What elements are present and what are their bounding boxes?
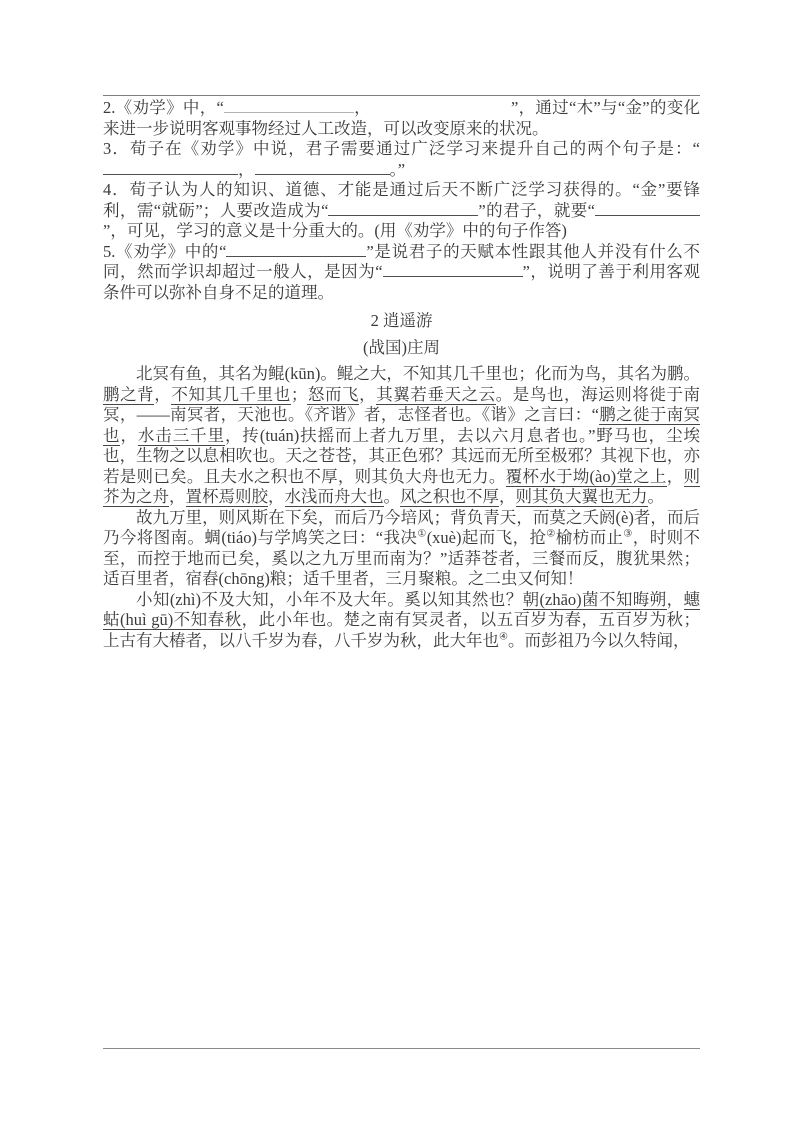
footnote-marker: ④	[499, 631, 508, 642]
underlined-text: 其翼若垂天之云	[376, 385, 496, 405]
underlined-text: 覆杯水于坳(ào)堂之上	[506, 467, 667, 487]
text-segment: 。而彭祖乃今以久特闻，	[508, 631, 690, 650]
cutoff-answer-line	[103, 95, 700, 96]
text-segment: ，	[120, 426, 137, 445]
text-segment: 2.《劝学》中，“	[103, 98, 224, 117]
text-segment: ，	[667, 590, 684, 609]
page-content: 2.《劝学》中，“，”，通过“木”与“金”的变化来进一步说明客观事物经过人工改造…	[103, 95, 700, 651]
underlined-text: 水击三千里	[138, 426, 225, 446]
answer-blank	[595, 202, 700, 216]
text-segment: 。	[384, 487, 401, 506]
answer-gap	[371, 100, 511, 113]
text-paragraph-3: 小知(zhì)不及大知，小年不及大年。奚以知其然也？朝(zhāo)菌不知晦朔，蟪…	[103, 590, 700, 652]
section-author: (战国)庄周	[103, 338, 700, 359]
text-segment: 3．荀子在《劝学》中说，君子需要通过广泛学习来提升自己的两个句子是：“	[103, 139, 700, 158]
text-segment: ”的君子，就要“	[478, 201, 595, 220]
answer-blank	[103, 161, 238, 175]
text-paragraph-1: 北冥有鱼，其名为鲲(kūn)。鲲之大，不知其几千里也；化而为鸟，其名为鹏。鹏之背…	[103, 364, 700, 508]
text-segment: ，	[154, 385, 171, 404]
text-segment: 。	[648, 487, 665, 506]
footer-divider	[103, 1048, 700, 1049]
text-segment: ，	[354, 98, 371, 117]
text-segment: ，	[238, 160, 255, 179]
quiz-item-3: 3．荀子在《劝学》中说，君子需要通过广泛学习来提升自己的两个句子是：“，。”	[103, 139, 700, 180]
footnote-marker: ②	[546, 529, 555, 540]
text-segment: 5.《劝学》中的“	[103, 242, 226, 261]
text-segment: ，	[667, 467, 684, 486]
footnote-marker: ③	[623, 529, 632, 540]
text-segment: ，	[499, 487, 516, 506]
text-segment: 榆枋而止	[556, 528, 624, 547]
underlined-text: 怒而飞	[307, 385, 359, 405]
section-title: 2 逍遥游	[103, 311, 700, 332]
answer-blank	[255, 161, 390, 175]
text-segment: (xuè)起而飞，抢	[427, 528, 547, 547]
quiz-item-2: 2.《劝学》中，“，”，通过“木”与“金”的变化来进一步说明客观事物经过人工改造…	[103, 98, 700, 139]
quiz-item-4: 4．荀子认为人的知识、道德、才能是通过后天不断广泛学习获得的。“金”要锋利，需“…	[103, 180, 700, 242]
answer-blank	[224, 99, 354, 113]
underlined-text: 不知其几千里也	[171, 385, 291, 405]
text-segment: ，	[169, 487, 186, 506]
underlined-text: 朝(zhāo)菌不知晦朔	[523, 590, 667, 610]
text-segment: 。”	[390, 160, 406, 179]
footnote-marker: ①	[417, 529, 426, 540]
underlined-text: 水浅而舟大也	[285, 487, 384, 507]
answer-blank	[226, 243, 366, 257]
text-segment: ；	[291, 385, 308, 404]
underlined-text: 风之积也不厚	[400, 487, 499, 507]
quiz-item-5: 5.《劝学》中的“”是说君子的天赋本性跟其他人并没有什么不同，然而学识却超过一般…	[103, 242, 700, 304]
text-paragraph-2: 故九万里，则风斯在下矣，而后乃今培风；背负青天，而莫之夭阏(è)者，而后乃今将图…	[103, 508, 700, 590]
text-segment: ，	[268, 487, 285, 506]
text-segment: 小知(zhì)不及大知，小年不及大年。奚以知其然也？	[136, 590, 523, 609]
answer-blank	[328, 202, 478, 216]
document-page: 2.《劝学》中，“，”，通过“木”与“金”的变化来进一步说明客观事物经过人工改造…	[0, 0, 800, 1131]
answer-blank	[383, 263, 523, 277]
underlined-text: 鹏之背	[103, 385, 154, 405]
text-segment: ，	[359, 385, 376, 404]
underlined-text: 则其负大翼也无力	[516, 487, 648, 507]
text-segment: ”，可见，学习的意义是十分重大的。(用《劝学》中的句子作答)	[103, 221, 567, 240]
underlined-text: 置杯焉则胶	[186, 487, 269, 507]
text-segment: 北冥有鱼，其名为鲲(kūn)。鲲之大，不知其几千里也；化而为鸟，其名为鹏。	[136, 364, 700, 383]
